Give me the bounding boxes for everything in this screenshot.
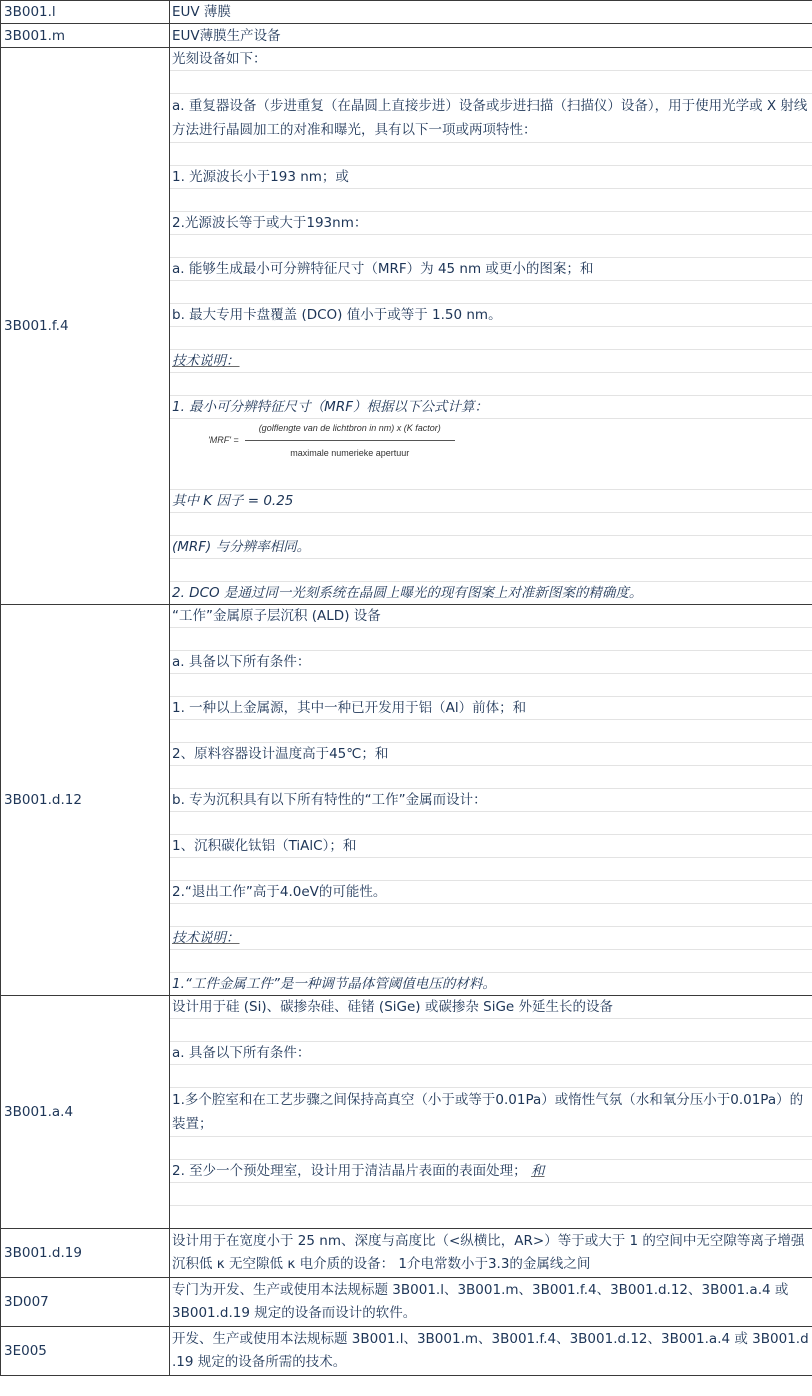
and-suffix: 和 [531, 1163, 545, 1179]
desc-line: 1. 光源波长小于193 nm；或 [170, 166, 812, 189]
blank-line [170, 720, 812, 743]
blank-line [170, 1065, 812, 1088]
table-row: 3D007 专门为开发、生产或使用本法规标题 3B001.l、3B001.m、3… [1, 1278, 812, 1327]
tech-note-heading: 技术说明： [170, 350, 812, 373]
blank-line [170, 143, 812, 166]
blank-line [170, 327, 812, 350]
blank-line [170, 812, 812, 835]
desc-line: a. 具备以下所有条件： [170, 1042, 812, 1065]
row-code: 3E005 [1, 1327, 170, 1376]
table-row: 3B001.m EUV薄膜生产设备 [1, 24, 812, 48]
blank-line [170, 513, 812, 536]
tech-note-heading: 技术说明： [170, 927, 812, 950]
table-row: 3B001.a.4 设计用于硅 (Si)、碳掺杂硅、硅锗 (SiGe) 或碳掺杂… [1, 996, 812, 1229]
row-code: 3B001.d.12 [1, 605, 170, 996]
blank-line [170, 766, 812, 789]
regulation-table: 3B001.l EUV 薄膜 3B001.m EUV薄膜生产设备 3B001.f… [0, 0, 812, 1376]
table-row: 3B001.d.19 设计用于在宽度小于 25 nm、深度与高度比（<纵横比，A… [1, 1229, 812, 1278]
desc-line: “工作”金属原子层沉积 (ALD) 设备 [170, 605, 812, 628]
blank-line [170, 628, 812, 651]
desc-line: 设计用于硅 (Si)、碳掺杂硅、硅锗 (SiGe) 或碳掺杂 SiGe 外延生长… [170, 996, 812, 1019]
mrf-formula: 'MRF' = (golflengte van de lichtbron in … [172, 419, 812, 461]
table-row: 3B001.f.4 光刻设备如下： a. 重复器设备（步进重复（在晶圆上直接步进… [1, 48, 812, 605]
blank-line [170, 858, 812, 881]
blank-line [170, 281, 812, 304]
blank-line [170, 373, 812, 396]
table-row: 3B001.l EUV 薄膜 [1, 1, 812, 24]
row-code: 3B001.f.4 [1, 48, 170, 605]
row-description: 开发、生产或使用本法规标题 3B001.l、3B001.m、3B001.f.4、… [170, 1327, 812, 1376]
blank-line [170, 1019, 812, 1042]
desc-line: 2. 至少一个预处理室，设计用于清洁晶片表面的表面处理； 和 [170, 1160, 812, 1183]
desc-line: a. 能够生成最小可分辨特征尺寸（MRF）为 45 nm 或更小的图案；和 [170, 258, 812, 281]
blank-line [170, 904, 812, 927]
desc-line: 2. DCO 是通过同一光刻系统在晶圆上曝光的现有图案上对准新图案的精确度。 [170, 582, 812, 604]
desc-line: 1. 一种以上金属源，其中一种已开发用于铝（Al）前体；和 [170, 697, 812, 720]
blank-line [170, 189, 812, 212]
blank-line [170, 674, 812, 697]
blank-line [170, 71, 812, 94]
desc-line: b. 最大专用卡盘覆盖 (DCO) 值小于或等于 1.50 nm。 [170, 304, 812, 327]
row-description: 专门为开发、生产或使用本法规标题 3B001.l、3B001.m、3B001.f… [170, 1278, 812, 1327]
row-description: 光刻设备如下： a. 重复器设备（步进重复（在晶圆上直接步进）设备或步进扫描（扫… [170, 48, 812, 605]
row-code: 3B001.d.19 [1, 1229, 170, 1278]
row-code: 3D007 [1, 1278, 170, 1327]
blank-line [170, 950, 812, 973]
desc-line [170, 1206, 812, 1228]
row-description: EUV薄膜生产设备 [170, 24, 812, 48]
desc-line: 1、沉积碳化钛铝（TiAlC）；和 [170, 835, 812, 858]
row-code: 3B001.l [1, 1, 170, 24]
blank-line [170, 559, 812, 582]
row-description: “工作”金属原子层沉积 (ALD) 设备 a. 具备以下所有条件： 1. 一种以… [170, 605, 812, 996]
row-description: 设计用于在宽度小于 25 nm、深度与高度比（<纵横比，AR>）等于或大于 1 … [170, 1229, 812, 1278]
row-description: 设计用于硅 (Si)、碳掺杂硅、硅锗 (SiGe) 或碳掺杂 SiGe 外延生长… [170, 996, 812, 1229]
desc-line: 1.多个腔室和在工艺步骤之间保持高真空（小于或等于0.01Pa）或惰性气氛（水和… [170, 1088, 812, 1137]
table-row: 3E005 开发、生产或使用本法规标题 3B001.l、3B001.m、3B00… [1, 1327, 812, 1376]
desc-line: 光刻设备如下： [170, 48, 812, 71]
desc-line: b. 专为沉积具有以下所有特性的“工作”金属而设计： [170, 789, 812, 812]
formula-line: 'MRF' = (golflengte van de lichtbron in … [170, 419, 812, 461]
blank-line [170, 461, 812, 490]
blank-line [170, 235, 812, 258]
blank-line [170, 1137, 812, 1160]
desc-line: (MRF) 与分辨率相同。 [170, 536, 812, 559]
desc-line: a. 具备以下所有条件： [170, 651, 812, 674]
desc-line: a. 重复器设备（步进重复（在晶圆上直接步进）设备或步进扫描（扫描仪）设备），用… [170, 94, 812, 143]
desc-line: 1.“工件金属工件”是一种调节晶体管阈值电压的材料。 [170, 973, 812, 995]
table-row: 3B001.d.12 “工作”金属原子层沉积 (ALD) 设备 a. 具备以下所… [1, 605, 812, 996]
row-code: 3B001.m [1, 24, 170, 48]
desc-line: 2.光源波长等于或大于193nm： [170, 212, 812, 235]
row-description: EUV 薄膜 [170, 1, 812, 24]
blank-line [170, 1183, 812, 1206]
desc-line: 其中 K 因子 = 0.25 [170, 490, 812, 513]
desc-line: 2、原料容器设计温度高于45℃；和 [170, 743, 812, 766]
desc-line: 2.“退出工作”高于4.0eV的可能性。 [170, 881, 812, 904]
row-code: 3B001.a.4 [1, 996, 170, 1229]
